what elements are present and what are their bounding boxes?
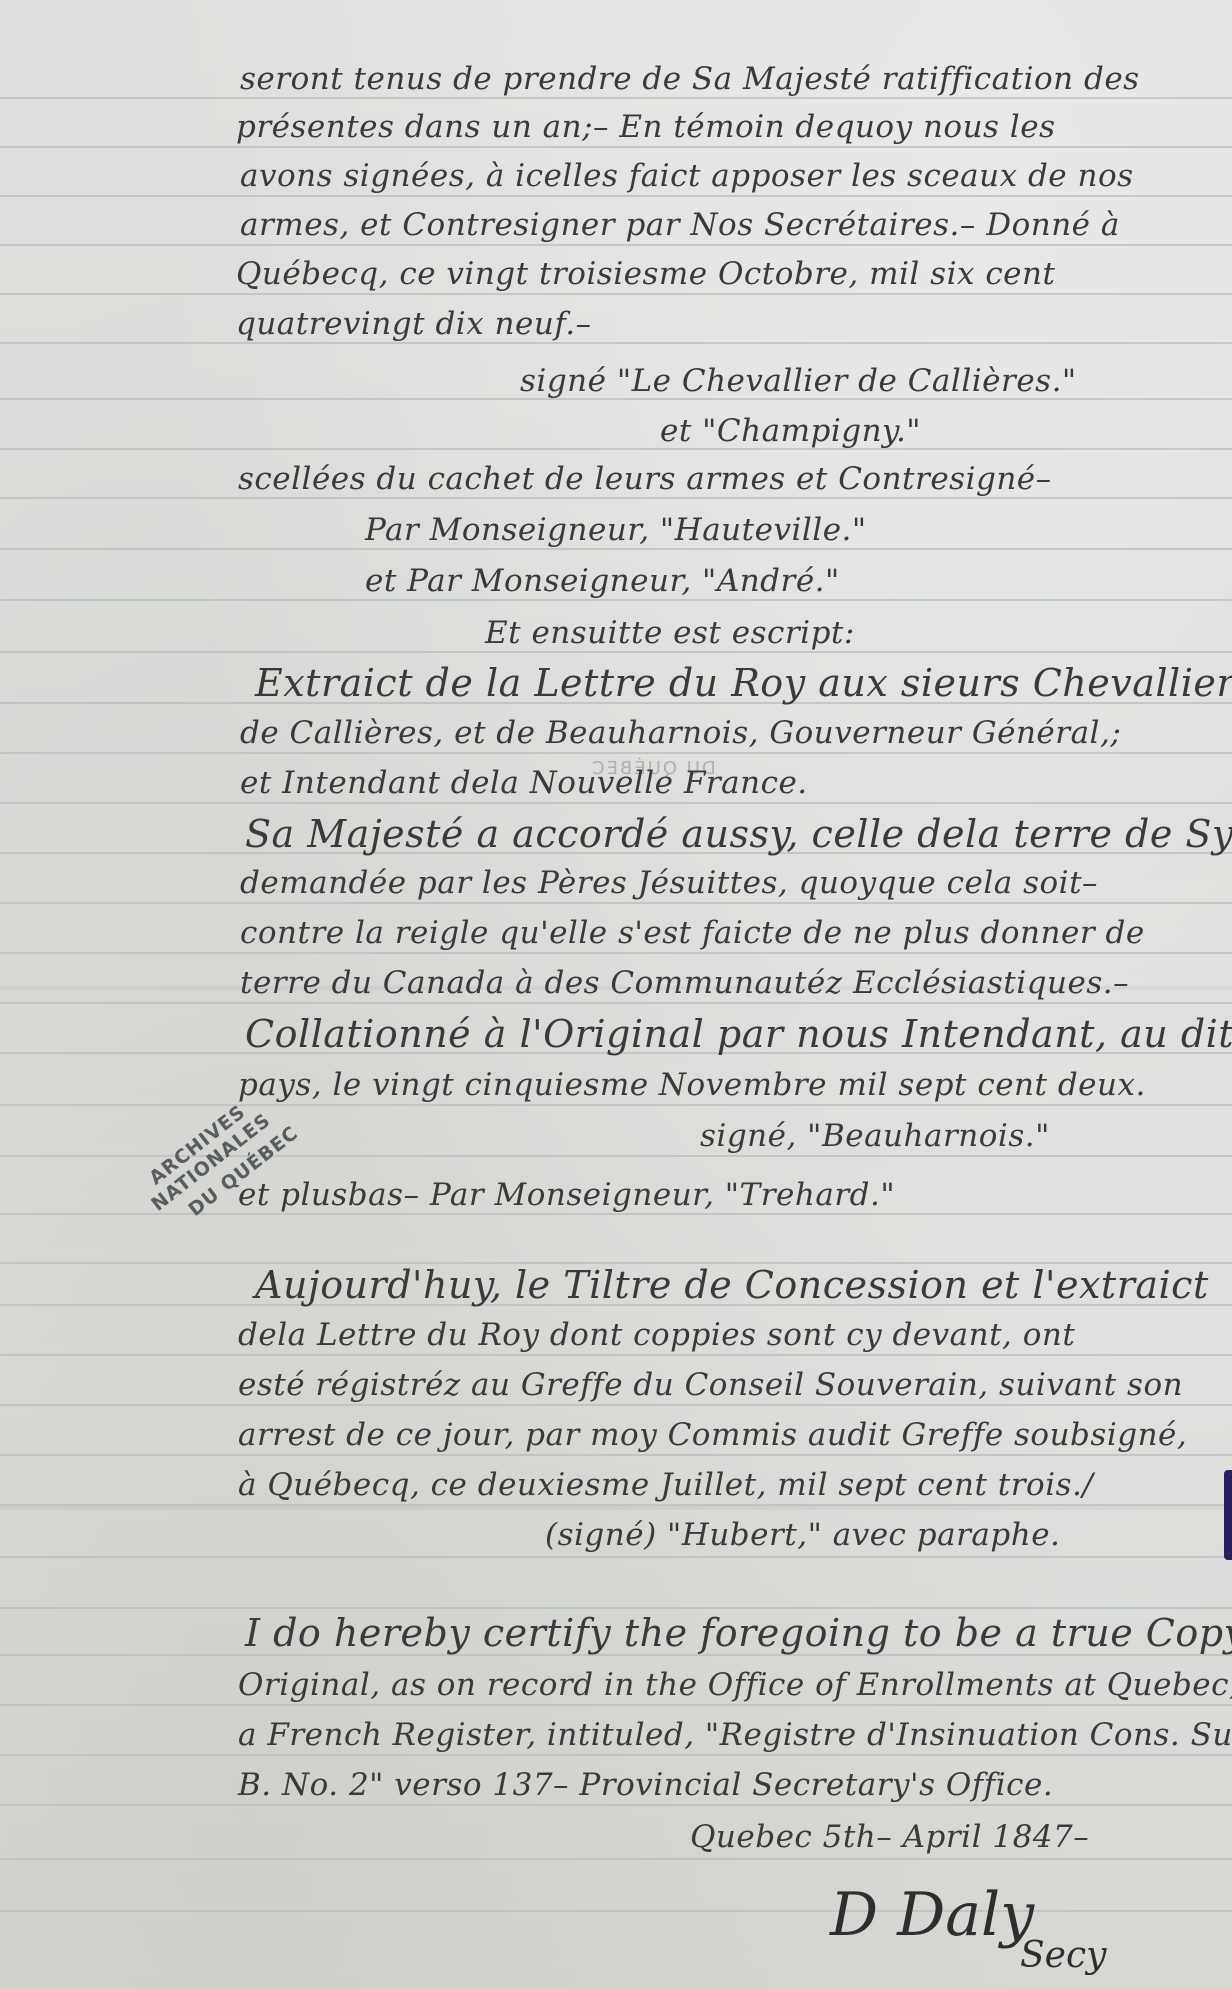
text-line: et Intendant dela Nouvelle France. [240,768,808,799]
text-line: dela Lettre du Roy dont coppies sont cy … [238,1320,1075,1351]
background-edge [1224,1470,1232,1560]
signature: D Daly [830,1880,1034,1950]
text-line: arrest de ce jour, par moy Commis audit … [238,1420,1187,1451]
text-line: Extraict de la Lettre du Roy aux sieurs … [255,664,1232,702]
text-line: I do hereby certify the foregoing to be … [245,1614,1232,1652]
text-line: seront tenus de prendre de Sa Majesté ra… [240,64,1140,95]
text-line: signé "Le Chevallier de Callières." [520,366,1077,397]
text-line: et plusbas– Par Monseigneur, "Trehard." [238,1180,895,1211]
text-line: a French Register, intituled, "Registre … [238,1720,1232,1751]
text-line: Original, as on record in the Office of … [238,1670,1232,1701]
text-line: Québecq, ce vingt troisiesme Octobre, mi… [236,259,1055,290]
text-line: armes, et Contresigner par Nos Secrétair… [240,210,1120,241]
text-line: signé, "Beauharnois." [700,1121,1050,1152]
text-line: terre du Canada à des Communautéz Ecclés… [240,968,1129,999]
text-line: de Callières, et de Beauharnois, Gouvern… [240,718,1121,749]
text-line: Aujourd'huy, le Tiltre de Concession et … [255,1266,1209,1304]
text-line: pays, le vingt cinquiesme Novembre mil s… [238,1070,1146,1101]
text-line: esté régistréz au Greffe du Conseil Souv… [238,1370,1183,1401]
text-line: Par Monseigneur, "Hauteville." [365,515,867,546]
text-line: et "Champigny." [660,416,921,447]
text-line: à Québecq, ce deuxiesme Juillet, mil sep… [238,1470,1093,1501]
text-line: B. No. 2" verso 137– Provincial Secretar… [238,1770,1053,1801]
text-line: scellées du cachet de leurs armes et Con… [238,464,1052,495]
text-line: contre la reigle qu'elle s'est faicte de… [240,918,1145,949]
text-line: quatrevingt dix neuf.– [236,309,592,340]
text-line: Sa Majesté a accordé aussy, celle dela t… [245,815,1232,853]
date-line: Quebec 5th– April 1847– [690,1822,1089,1853]
text-line: (signé) "Hubert," avec paraphe. [545,1520,1060,1551]
text-line: présentes dans un an;– En témoin dequoy … [236,112,1055,143]
text-line: et Par Monseigneur, "André." [365,566,840,597]
text-line: Et ensuitte est escript: [485,618,855,649]
signature-title: Secy [1020,1935,1106,1976]
text-line: avons signées, à icelles faict apposer l… [240,161,1134,192]
text-line: Collationné à l'Original par nous Intend… [245,1015,1232,1053]
text-line: demandée par les Pères Jésuittes, quoyqu… [240,868,1098,899]
